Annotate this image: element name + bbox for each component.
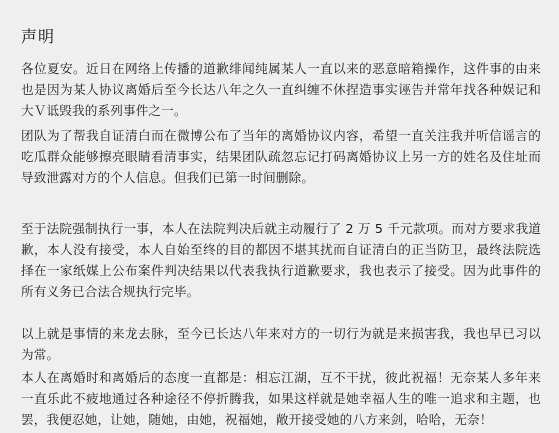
paragraph-attitude: 本人在离婚时和离婚后的态度一直都是：相忘江湖，互不干扰，彼此祝福！无奈某人多年来… bbox=[21, 367, 541, 430]
paragraph-court-enforcement: 至于法院强制执行一事，本人在法院判决后就主动履行了 2 万 5 千元款项。而对方… bbox=[21, 218, 541, 302]
document-title: 声明 bbox=[21, 24, 55, 47]
statement-document: 声明 各位夏安。近日在网络上传播的道歉绯闻纯属某人一直以来的恶意暗箱操作，这件事… bbox=[0, 0, 559, 433]
paragraph-summary: 以上就是事情的来龙去脉，至今已长达八年来对方的一切行为就是来损害我，我也早已习以… bbox=[21, 323, 541, 365]
paragraph-divorce-agreement: 团队为了帮我自证清白而在微博公布了当年的离婚协议内容，希望一直关注我并听信谣言的… bbox=[21, 125, 541, 188]
paragraph-intro: 各位夏安。近日在网络上传播的道歉绯闻纯属某人一直以来的恶意暗箱操作，这件事的由来… bbox=[21, 58, 541, 121]
